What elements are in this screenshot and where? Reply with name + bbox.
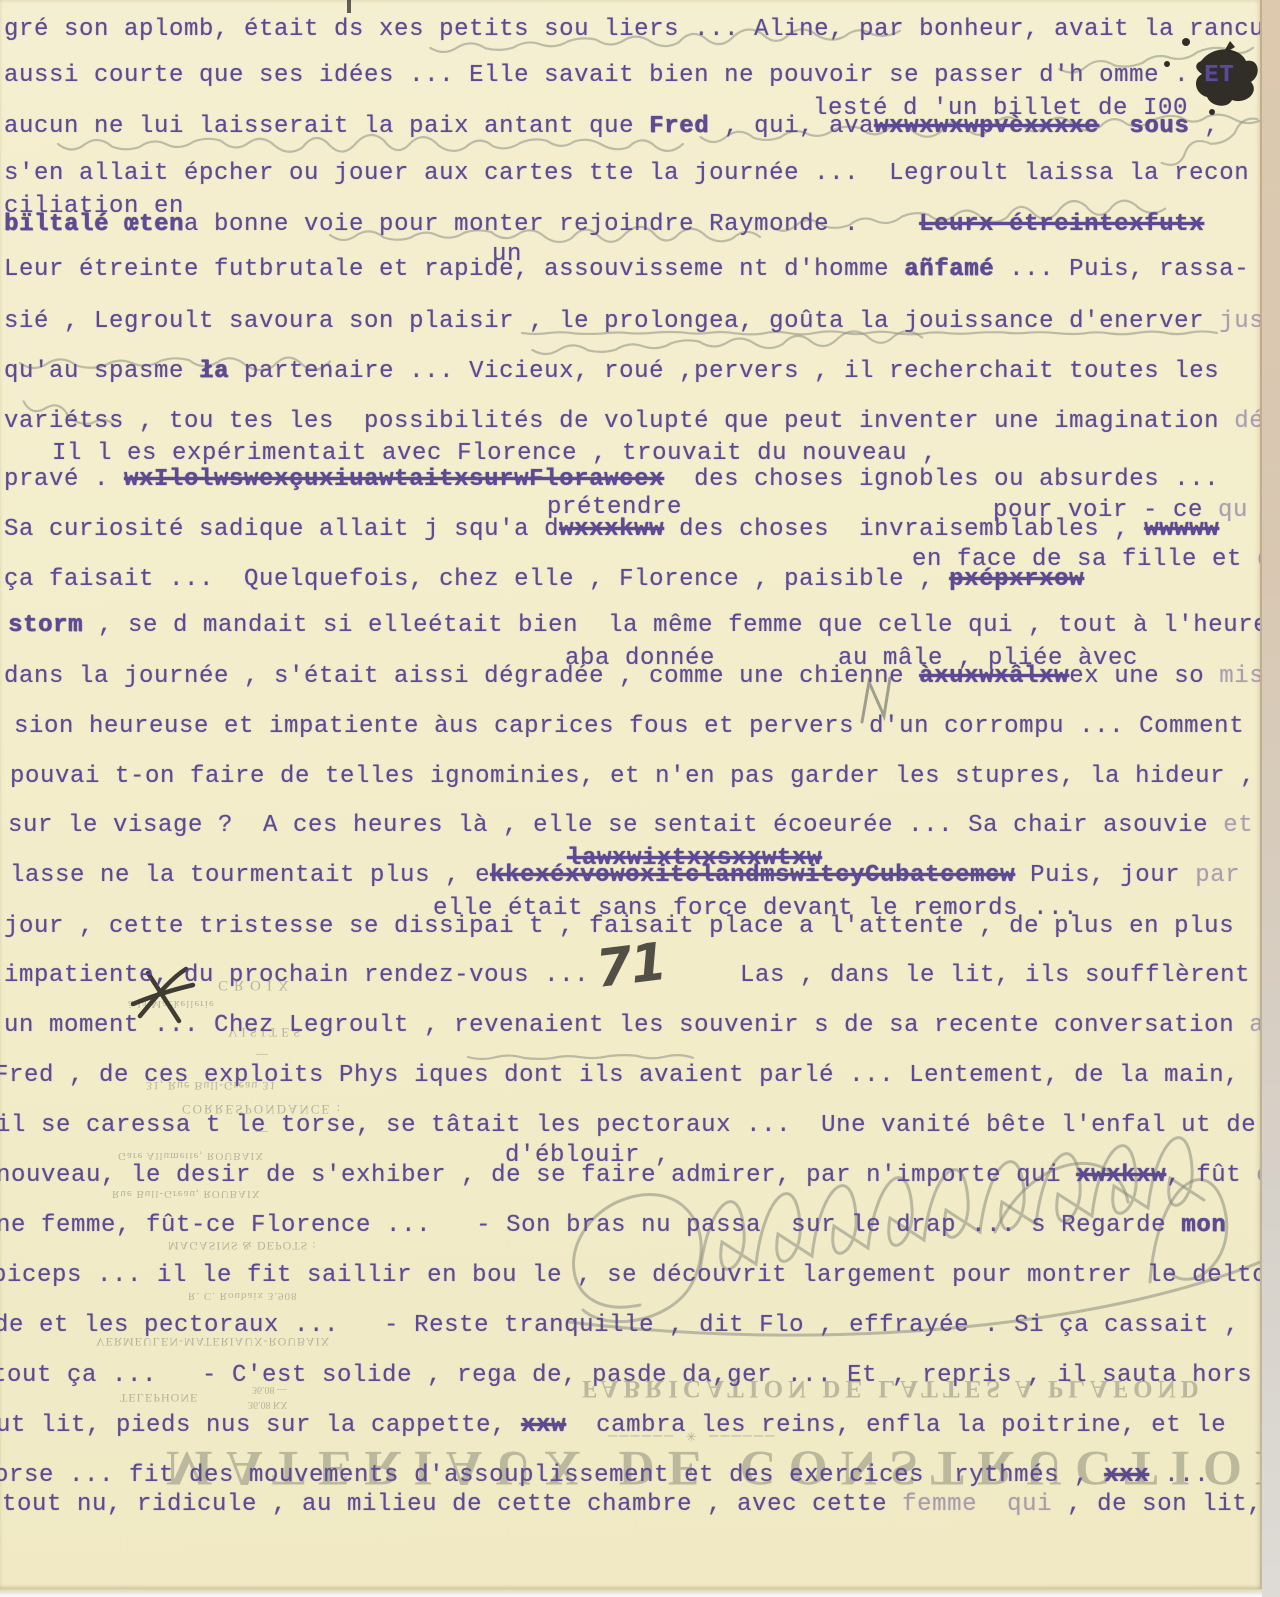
struck-out-text: wxIlolwswexçuxiuawtaitxsurwFlorawcex — [124, 466, 664, 493]
typed-text: , — [1189, 113, 1219, 140]
typed-line: gré son aplomb, était ds xes petits sou … — [4, 16, 1262, 43]
typed-line: tout ça ... - C'est solide , rega de, pa… — [0, 1362, 1252, 1389]
typed-text: gré son aplomb, était ds xes petits sou … — [4, 16, 1262, 43]
handwritten-page-number: 71 — [594, 931, 667, 1000]
typed-text: de et les pectoraux ... - Reste tranquil… — [0, 1312, 1239, 1339]
typed-line: ut lit, pieds nus sur la cappette, xxw c… — [0, 1412, 1226, 1439]
typed-text: pouvai t-on faire de telles ignominies, … — [10, 763, 1262, 790]
letterhead-ghost-text: — — [256, 1048, 268, 1063]
typed-line: ne femme, fût-ce Florence ... - Son bras… — [0, 1212, 1226, 1239]
typed-line: s'en allait épcher ou jouer aux cartes t… — [4, 160, 1249, 187]
typed-text: variétss , tou tes les possibilités de v… — [4, 408, 1234, 435]
typed-text: sion heureuse et impatiente àus caprices… — [14, 713, 1244, 740]
edge-mark — [347, 0, 351, 13]
manuscript-paper: CROIXà la MackellerieVISITES—31, Rue Bul… — [0, 0, 1262, 1589]
adjacent-page-edge — [1260, 0, 1280, 1597]
typed-text: nouveau, le desir de s'exhiber , de se f… — [0, 1162, 1076, 1189]
typed-line: sur le visage ? A ces heures là , elle s… — [8, 812, 1253, 839]
typed-text: Fred — [649, 113, 709, 140]
typed-line: variétss , tou tes les possibilités de v… — [4, 408, 1262, 435]
letterhead-ghost-text: 36.08 KX — [248, 1399, 287, 1410]
typed-line: Sa curiosité sadique allait j squ'a dwxx… — [4, 516, 1219, 543]
typed-text: ła — [199, 358, 229, 385]
typed-text: aussi courte que ses idées ... Elle sava… — [4, 62, 1204, 89]
typed-line: lasse ne la tourmentait plus , ekkexéxvo… — [10, 862, 1240, 889]
typed-text: des choses invraisemblables , — [664, 516, 1144, 543]
typed-text: ... — [1149, 1462, 1209, 1489]
typed-line: un moment ... Chez Legroult , revenaient… — [4, 1012, 1262, 1039]
struck-out-text: wxwxwxwpvèxxxxe — [874, 113, 1099, 140]
typed-text: sur le visage ? A ces heures là , elle s… — [8, 812, 1223, 839]
struck-out-text: àxuxwxâlxw — [919, 663, 1069, 690]
typed-text: Sa curiosité sadique allait j squ'a d — [4, 516, 559, 543]
letterhead-ghost-text: Gare Allumette, ROUBAIX — [118, 1150, 264, 1162]
typed-text: femme qui — [902, 1491, 1052, 1518]
typed-text: ut lit, pieds nus sur la cappette, — [0, 1412, 521, 1439]
scan-background — [0, 1589, 1262, 1597]
struck-out-text: xwxkxw — [1076, 1162, 1166, 1189]
typed-text: tout ça ... - C'est solide , rega de, pa… — [0, 1362, 1252, 1389]
typed-text: añfamé — [904, 256, 994, 283]
typed-text: dans la journée , s'était aissi dégradée… — [4, 663, 919, 690]
typed-text: jus — [1219, 308, 1262, 335]
typed-text: pravé . — [4, 466, 124, 493]
handwriting-marks-layer — [0, 0, 1262, 1589]
struck-out-text: xxw — [521, 1412, 566, 1439]
struck-out-text: xxx — [1104, 1462, 1149, 1489]
typed-text: sié , Legroult savoura son plaisir , le … — [4, 308, 1219, 335]
typed-text: , qui, ava — [709, 113, 874, 140]
typed-text: s'en allait épcher ou jouer aux cartes t… — [4, 160, 1249, 187]
typed-text: sous — [1129, 113, 1189, 140]
typed-line: Il l es expérimentait avec Florence , tr… — [52, 440, 937, 467]
typed-line: Las , dans le lit, ils soufflèrent — [740, 962, 1250, 989]
typed-text: mis — [1219, 663, 1262, 690]
struck-out-text: pxépxrxow — [949, 566, 1084, 593]
typed-line: il se caressa t le torse, se tâtait les … — [0, 1112, 1256, 1139]
typed-line: dans la journée , s'était aissi dégradée… — [4, 663, 1262, 690]
struck-out-text: wwwww — [1144, 516, 1219, 543]
typed-line: ça faisait ... Quelquefois, chez elle , … — [4, 566, 1084, 593]
struck-out-text: wxxxkww — [559, 516, 664, 543]
typed-text: il se caressa t le torse, se tâtait les … — [0, 1112, 1256, 1139]
letterhead-ghost-text: TELEPHONE — [120, 1390, 198, 1405]
typed-text: qu e — [1218, 497, 1262, 524]
typed-text: ET — [1204, 62, 1234, 89]
typed-line: aucun ne lui laisserait la paix antant q… — [4, 113, 1219, 140]
typed-text: dé- — [1234, 408, 1262, 435]
typed-line: tout nu, ridicule , au milieu de cette c… — [2, 1491, 1262, 1518]
typed-text: tout nu, ridicule , au milieu de cette c… — [2, 1491, 902, 1518]
typed-text: orse ... fit des mouvements d'assoupliss… — [0, 1462, 1104, 1489]
typed-text: un moment ... Chez Legroult , revenaient… — [4, 1012, 1249, 1039]
struck-out-text: kkexéxvowoxitclandmswitcyCubatcemcw — [490, 862, 1015, 889]
letterhead-ghost-text: Rue Bull-Greau, ROUBAIX — [112, 1188, 261, 1200]
typed-line: jour , cette tristesse se dissipai t , f… — [4, 913, 1234, 940]
typed-line: impatiente, du prochain rendez-vous ... — [4, 962, 589, 989]
pencil-squiggle — [468, 1055, 693, 1059]
letterhead-ghost-text: MAGASINS & DEPOTS : — [168, 1238, 317, 1253]
typed-line: nouveau, le desir de s'exhiber , de se f… — [0, 1162, 1262, 1189]
typed-text: par — [1195, 862, 1240, 889]
typed-text: biceps ... il le fit saillir en bou le ,… — [0, 1262, 1262, 1289]
typed-line: Fred , de ces exploits Phys iques dont i… — [0, 1062, 1239, 1089]
typed-text: cambra les reins, enfla la poitrine, et … — [566, 1412, 1226, 1439]
typed-line: orse ... fit des mouvements d'assoupliss… — [0, 1462, 1209, 1489]
letterhead-ghost-text: R. C. Roubaix 3.908 — [188, 1290, 297, 1302]
typed-text: jour , cette tristesse se dissipai t , f… — [4, 913, 1234, 940]
typed-text: bïltalé œten — [4, 211, 184, 238]
typed-text: Puis, jour — [1015, 862, 1195, 889]
typed-text: ... Puis, rassa- — [994, 256, 1249, 283]
typed-line: bïltalé œtena bonne voie pour monter rej… — [4, 211, 1204, 238]
typed-text: qu'au spasme — [4, 358, 199, 385]
typed-text: ne femme, fût-ce Florence ... - Son bras… — [0, 1212, 1181, 1239]
typed-text: a bonne voie pour monter rejoindre Raymo… — [184, 211, 919, 238]
typed-text: , fût — [1166, 1162, 1256, 1189]
typed-line: de et les pectoraux ... - Reste tranquil… — [0, 1312, 1239, 1339]
typed-text: , de son lit, — [1052, 1491, 1262, 1518]
typed-text: Leur étreinte futbrutale et rapide, asso… — [4, 256, 904, 283]
typed-line: pouvai t-on faire de telles ignominies, … — [10, 763, 1262, 790]
typed-text — [1099, 113, 1129, 140]
struck-out-text: Leurx étreintexfutx — [919, 211, 1204, 238]
typed-text: aucun ne lui laisserait la paix antant q… — [4, 113, 649, 140]
letterhead-ghost-text: à la Mackellerie — [128, 998, 215, 1010]
typed-text: , se d mandait si elleétait bien la même… — [83, 612, 1262, 639]
typed-text: ça faisait ... Quelquefois, chez elle , … — [4, 566, 949, 593]
typed-text: partenaire ... Vicieux, roué ,pervers , … — [229, 358, 1219, 385]
typed-text: lasse ne la tourmentait plus , e — [10, 862, 490, 889]
typed-text: impatiente, du prochain rendez-vous ... — [4, 962, 589, 989]
typed-text: storm — [8, 612, 83, 639]
typed-line: sion heureuse et impatiente àus caprices… — [14, 713, 1244, 740]
typed-line: Leur étreinte futbrutale et rapide, asso… — [4, 256, 1249, 283]
typed-line: pravé . wxIlolwswexçuxiuawtaitxsurwFlora… — [4, 466, 1219, 493]
typed-text: mon — [1181, 1212, 1226, 1239]
scanned-typescript-page: { "page": { "background_color": "#e9e8e4… — [0, 0, 1280, 1597]
typed-text: Fred , de ces exploits Phys iques dont i… — [0, 1062, 1239, 1089]
typed-text: des choses ignobles ou absurdes ... — [664, 466, 1219, 493]
typed-line: storm , se d mandait si elleétait bien l… — [8, 612, 1262, 639]
typed-text: ex une so — [1069, 663, 1219, 690]
typed-line: sié , Legroult savoura son plaisir , le … — [4, 308, 1262, 335]
typed-line: biceps ... il le fit saillir en bou le ,… — [0, 1262, 1262, 1289]
typed-line: aussi courte que ses idées ... Elle sava… — [4, 62, 1234, 89]
typed-text: Il l es expérimentait avec Florence , tr… — [52, 440, 937, 467]
typed-text: et — [1223, 812, 1253, 839]
typed-line: qu'au spasme ła partenaire ... Vicieux, … — [4, 358, 1219, 385]
typed-text: Las , dans le lit, ils soufflèrent — [740, 962, 1250, 989]
